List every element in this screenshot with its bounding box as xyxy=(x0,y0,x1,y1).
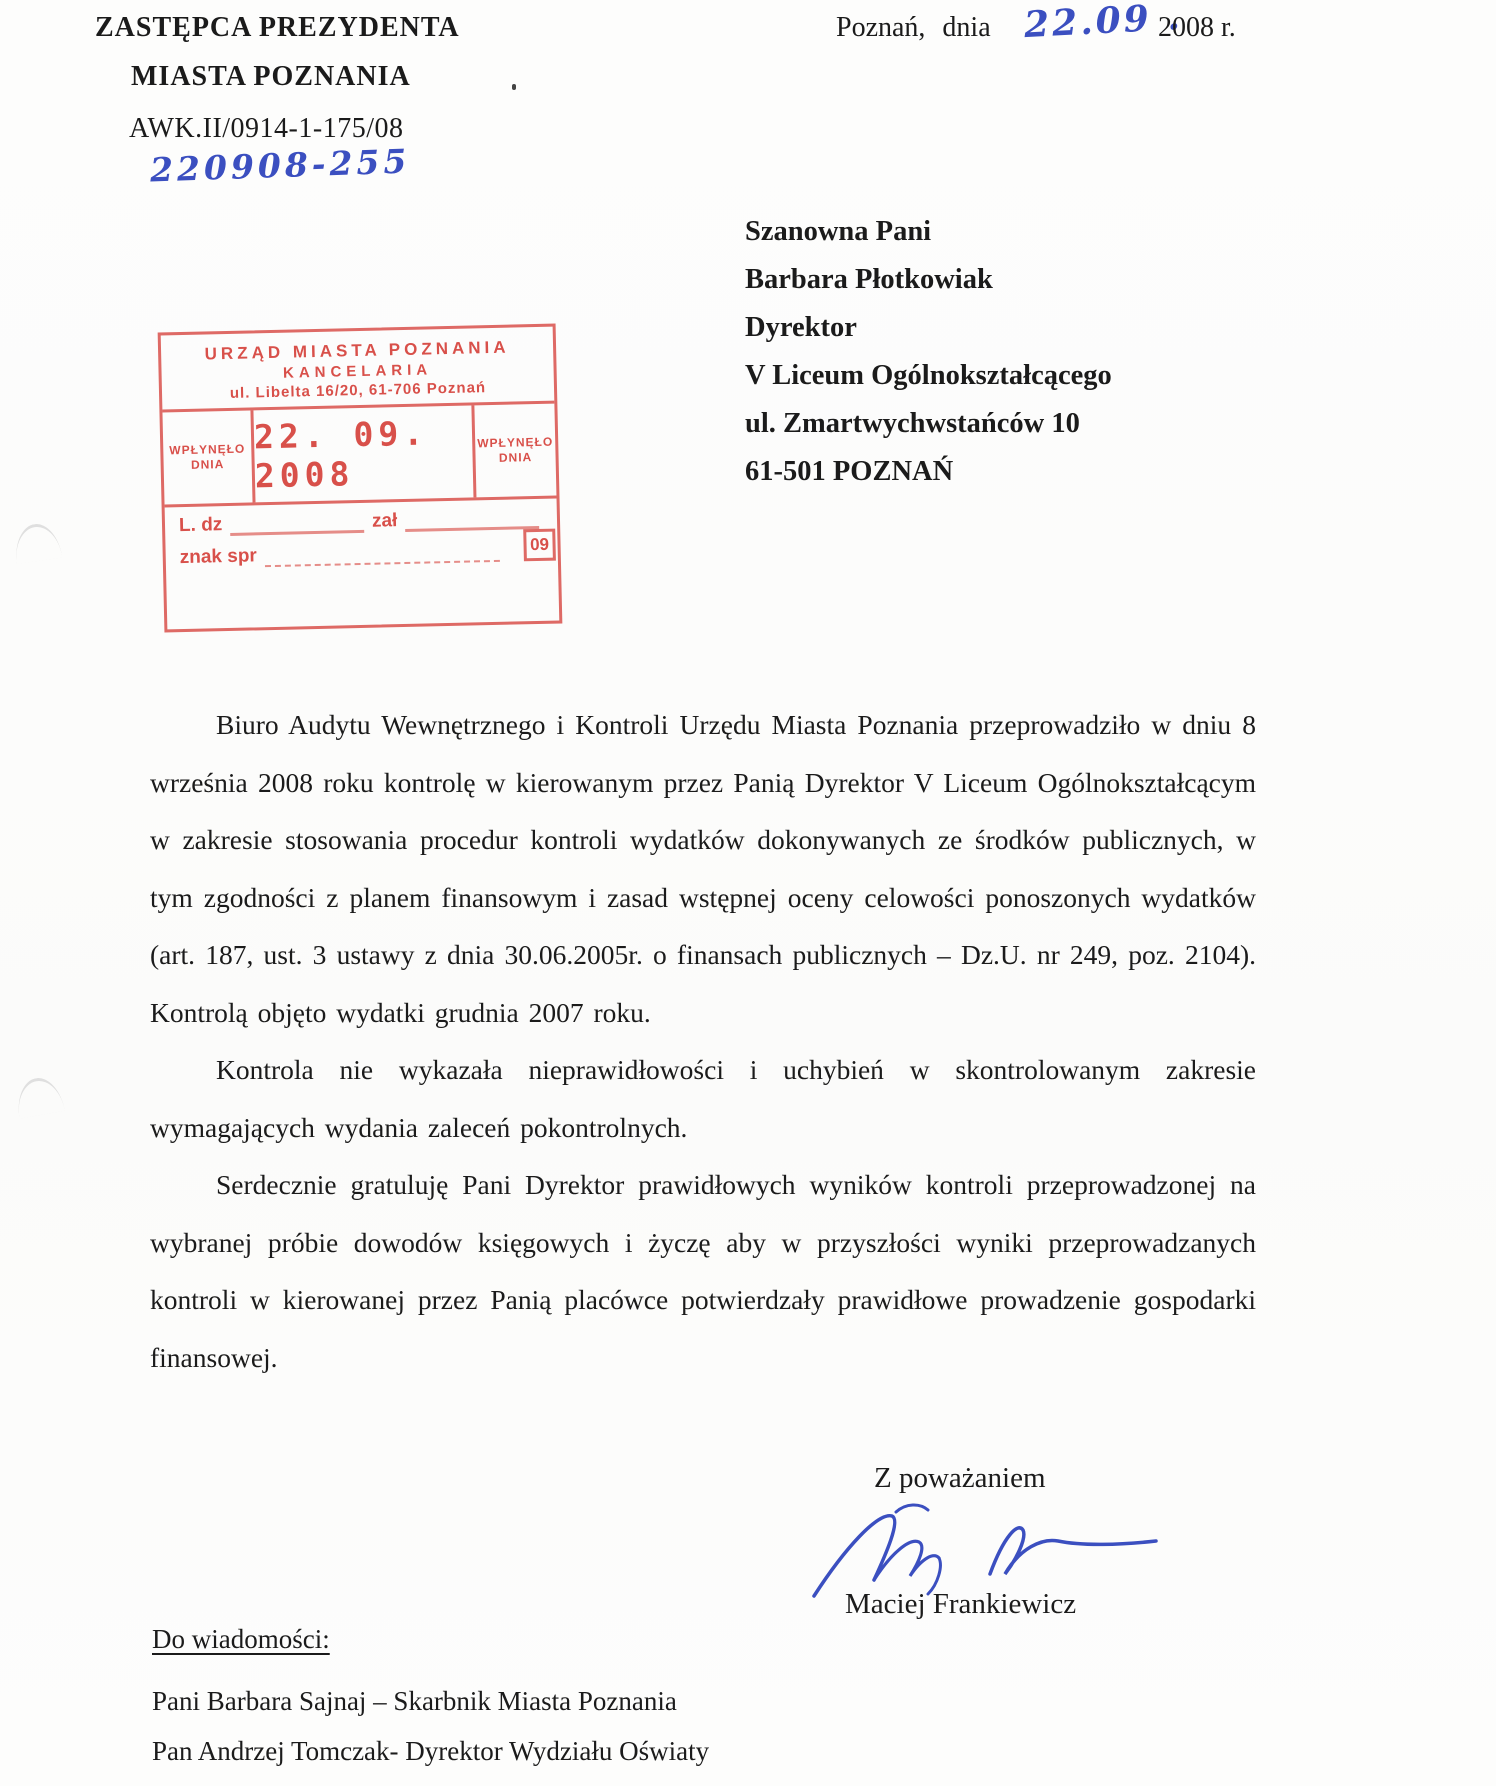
scan-artifact xyxy=(12,521,63,564)
stamp-ldz-row: L. dz zał xyxy=(179,507,547,537)
body-paragraph-3: Serdecznie gratuluję Pani Dyrektor prawi… xyxy=(150,1156,1256,1386)
stamp-ldz-label: L. dz xyxy=(179,514,223,537)
body-paragraph-2: Kontrola nie wykazała nieprawidłowości i… xyxy=(150,1041,1256,1156)
stamp-znak-blank xyxy=(265,542,500,567)
stamp-zal-blank xyxy=(405,508,539,532)
cc-recipient-2: Pan Andrzej Tomczak- Dyrektor Wydziału O… xyxy=(152,1736,709,1767)
stamp-code-box: 09 xyxy=(523,529,556,562)
reference-number: AWK.II/0914-1-175/08 xyxy=(129,113,403,145)
stamp-ldz-blank xyxy=(230,512,364,536)
scan-artifact xyxy=(13,1074,65,1118)
letter-page: ZASTĘPCA PREZYDENTA MIASTA POZNANIA AWK.… xyxy=(0,0,1496,1786)
sender-title-line1: ZASTĘPCA PREZYDENTA xyxy=(95,12,460,44)
stamp-znak-row: znak spr xyxy=(180,539,548,569)
closing-salutation: Z poważaniem xyxy=(874,1462,1046,1495)
dateline-year: 2008 r. xyxy=(1158,12,1236,44)
handwritten-registry-number: 220908-255 xyxy=(149,141,411,189)
letter-body: Biuro Audytu Wewnętrznego i Kontroli Urz… xyxy=(150,696,1256,1386)
recipient-salutation: Szanowna Pani xyxy=(745,208,1112,256)
stamp-registry-rows: L. dz zał znak spr 09 xyxy=(165,499,558,570)
stamp-received-label-right: WPŁYNĘŁO DNIA xyxy=(471,404,556,498)
recipient-block: Szanowna Pani Barbara Płotkowiak Dyrekto… xyxy=(745,208,1112,496)
cc-heading: Do wiadomości: xyxy=(152,1624,330,1655)
signer-name: Maciej Frankiewicz xyxy=(845,1588,1076,1621)
recipient-title: Dyrektor xyxy=(745,304,1112,352)
stamp-zal-label: zał xyxy=(372,510,398,533)
recipient-institution: V Liceum Ogólnokształcącego xyxy=(745,352,1112,400)
dateline-place: Poznań, dnia xyxy=(836,12,991,44)
scan-speck xyxy=(512,84,516,90)
stamp-received-label-left: WPŁYNĘŁO DNIA xyxy=(162,410,255,504)
recipient-street: ul. Zmartwychwstańców 10 xyxy=(745,400,1112,448)
stamp-office-header: URZĄD MIASTA POZNANIA KANCELARIA ul. Lib… xyxy=(161,327,555,413)
stamp-znak-label: znak spr xyxy=(180,545,258,569)
sender-title-line2: MIASTA POZNANIA xyxy=(131,61,411,93)
intake-stamp: URZĄD MIASTA POZNANIA KANCELARIA ul. Lib… xyxy=(158,324,563,633)
body-paragraph-1: Biuro Audytu Wewnętrznego i Kontroli Urz… xyxy=(150,696,1256,1041)
recipient-city: 61-501 POZNAŃ xyxy=(745,448,1112,496)
stamp-received-date: 22. 09. 2008 xyxy=(253,405,473,502)
cc-recipient-1: Pani Barbara Sajnaj – Skarbnik Miasta Po… xyxy=(152,1686,677,1717)
recipient-name: Barbara Płotkowiak xyxy=(745,256,1112,304)
stamp-date-row: WPŁYNĘŁO DNIA 22. 09. 2008 WPŁYNĘŁO DNIA xyxy=(162,404,556,508)
